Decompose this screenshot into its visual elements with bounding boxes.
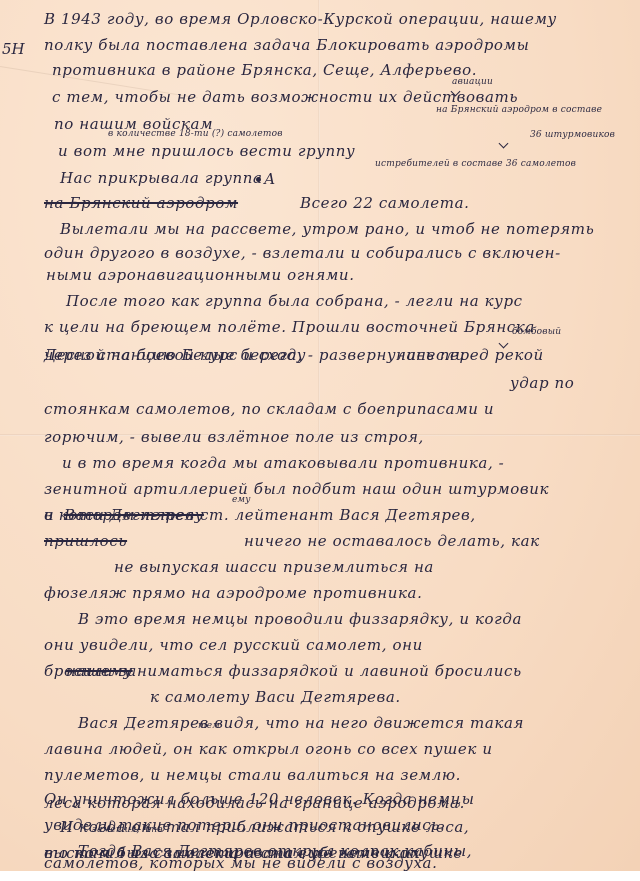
text-line: стоянкам самолетов, по складам с боеприп… bbox=[44, 402, 494, 417]
text-line: фюзеляж прямо на аэродроме противника. bbox=[44, 586, 422, 601]
insertion-caret-icon bbox=[499, 139, 509, 149]
text-line: удар по bbox=[510, 376, 574, 391]
margin-note: 5Н bbox=[2, 40, 25, 58]
struck-out-text: на Брянский аэродром bbox=[44, 196, 238, 211]
text-line: противника в районе Брянска, Сеще, Алфер… bbox=[52, 63, 477, 78]
text-line: к самолету Васи Дегтярева. bbox=[150, 690, 401, 705]
text-line: леса которая находилась на границе аэрод… bbox=[44, 796, 465, 811]
text-line: После того как группа была собрана, - ле… bbox=[66, 294, 523, 309]
text-line: не выпуская шасси приземлиться на bbox=[114, 560, 434, 575]
text-line: ными аэронавигационными огнями. bbox=[46, 268, 355, 283]
text-line: лавина людей, он как открыл огонь со все… bbox=[44, 742, 493, 757]
text-line: Нас прикрывала группа bbox=[60, 171, 263, 186]
text-line: ничего не оставалось делать, как bbox=[244, 534, 540, 549]
text-line: и в то время когда мы атаковывали против… bbox=[62, 456, 504, 471]
text-line: Вася Дегтярев видя, что на него движется… bbox=[78, 716, 524, 731]
text-line: полку была поставлена задача Блокировать… bbox=[44, 38, 529, 53]
text-line: Десной на боевой курс и сходу bbox=[44, 348, 306, 363]
interlinear-insertion: заметил, что bbox=[92, 826, 163, 835]
text-line: к цели на бреющем полёте. Прошли восточн… bbox=[44, 320, 535, 335]
interlinear-insertion: 36 штурмовиков bbox=[530, 131, 615, 140]
text-line: горючим, - вывели взлётное поле из строя… bbox=[44, 430, 424, 445]
interlinear-insertion: авиации bbox=[452, 78, 493, 87]
interlinear-insertion: на Брянский аэродром в составе bbox=[436, 106, 602, 115]
document-page: 5Н В 1943 году, во время Орловско-Курско… bbox=[0, 0, 640, 871]
scan-bottom-margin bbox=[0, 871, 640, 881]
interlinear-insertion: бомбовый bbox=[512, 328, 561, 337]
interlinear-insertion: ему bbox=[232, 496, 251, 505]
inline-word: А bbox=[264, 172, 276, 187]
text-line: Всего 22 самолета. bbox=[300, 196, 470, 211]
inline-word: нанесли bbox=[396, 348, 465, 363]
text-line: один другого в воздухе, - взлетали и соб… bbox=[44, 246, 561, 261]
interlinear-insertion: в количестве 18-ти (?) самолетов bbox=[108, 130, 283, 139]
text-line: зенитной артиллерией был подбит наш один… bbox=[44, 482, 549, 497]
interlinear-insertion: тем bbox=[198, 722, 220, 731]
struck-out-text: пришлось bbox=[44, 534, 127, 549]
inline-word: и bbox=[44, 508, 54, 523]
interlinear-insertion: истребителей в составе 36 самолетов bbox=[375, 160, 576, 169]
text-line: с тем, чтобы не дать возможности их дейс… bbox=[52, 90, 518, 105]
struck-out-text: нашему bbox=[66, 664, 133, 679]
text-line: пулеметов, и немцы стали валиться на зем… bbox=[44, 768, 461, 783]
text-line: они увидели, что сел русский самолет, он… bbox=[44, 638, 423, 653]
text-line: и вот мне пришлось вести группу bbox=[58, 144, 355, 159]
text-line: самолетов, которых мы не видели с воздух… bbox=[44, 856, 437, 871]
struck-out-text: Васи Дегтяреву bbox=[64, 508, 204, 523]
text-line: Вылетали мы на рассвете, утром рано, и ч… bbox=[60, 222, 594, 237]
ink-blot-icon bbox=[256, 177, 261, 182]
text-line: В это время немцы проводили физзарядку, … bbox=[78, 612, 522, 627]
text-line: В 1943 году, во время Орловско-Курской о… bbox=[44, 12, 557, 27]
